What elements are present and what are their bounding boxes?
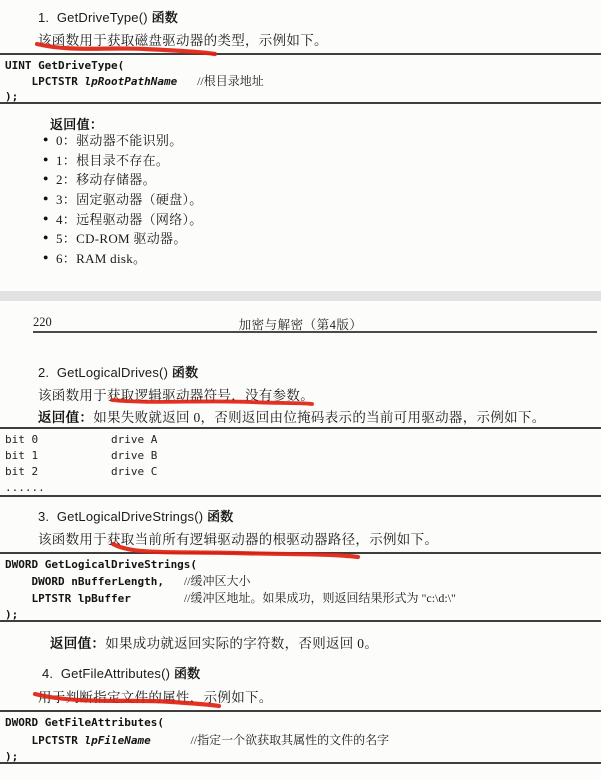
code-comment: //缓冲区地址。如果成功，则返回结果形式为 "c:\d:\": [184, 591, 456, 605]
intro-paragraph-getlogicaldrivestrings: 该函数用于获取当前所有逻辑驱动器的根驱动器路径，示例如下。: [38, 528, 438, 548]
list-item: ●1：根目录不存在。: [43, 150, 203, 170]
heading-text: 1. GetDriveType(): [38, 10, 152, 25]
code-line: ......: [5, 480, 601, 496]
code-line: LPCTSTR lpFileName //指定一个欲获取其属性的文件的名字: [5, 732, 601, 750]
bullet-icon: ●: [43, 194, 56, 203]
code-line: );: [5, 749, 601, 766]
code-line: LPCTSTR lpRootPathName //根目录地址: [5, 74, 601, 90]
list-item: ●4：远程驱动器（网络）。: [43, 208, 203, 228]
bullet-icon: ●: [43, 233, 56, 242]
header-rule: [33, 331, 597, 333]
page-divider: [0, 291, 601, 301]
code-param: lpRootPathName: [84, 75, 177, 88]
bullet-icon: ●: [43, 214, 56, 223]
list-item: ●5：CD-ROM 驱动器。: [43, 228, 203, 248]
bullet-icon: ●: [43, 155, 56, 164]
section-heading-getfileattributes: 4. GetFileAttributes() 函数: [42, 663, 200, 682]
code-block-bitmask: bit 0 drive A bit 1 drive B bit 2 drive …: [0, 427, 601, 497]
return-value-list: ●0：驱动器不能识别。 ●1：根目录不存在。 ●2：移动存储器。 ●3：固定驱动…: [43, 130, 203, 267]
code-line: DWORD GetFileAttributes(: [5, 715, 601, 732]
return-value-label: 返回值：: [50, 636, 105, 651]
heading-text: 3. GetLogicalDriveStrings(): [38, 509, 207, 524]
heading-text: 2. GetLogicalDrives(): [38, 365, 172, 380]
code-line: );: [5, 89, 601, 105]
scanned-book-page: 1. GetDriveType() 函数 该函数用于获取磁盘驱动器的类型，示例如…: [0, 0, 601, 780]
list-item: ●2：移动存储器。: [43, 169, 203, 189]
code-comment: //指定一个欲获取其属性的文件的名字: [190, 733, 389, 747]
intro-paragraph-getdrivetype: 该函数用于获取磁盘驱动器的类型，示例如下。: [38, 29, 328, 49]
return-value-line: 返回值：如果失败就返回 0，否则返回由位掩码表示的当前可用驱动器，示例如下。: [38, 406, 546, 426]
code-line: bit 2 drive C: [5, 464, 601, 480]
code-line: bit 0 drive A: [5, 432, 601, 448]
intro-paragraph-getfileattributes: 用于判断指定文件的属性，示例如下。: [38, 686, 273, 706]
section-heading-getlogicaldrives: 2. GetLogicalDrives() 函数: [38, 362, 198, 381]
heading-suffix: 函数: [172, 365, 198, 380]
intro-paragraph-getlogicaldrives: 该函数用于获取逻辑驱动器符号，没有参数。: [38, 384, 314, 404]
code-line: UINT GetDriveType(: [5, 58, 601, 74]
code-block-getlogicaldrivestrings: DWORD GetLogicalDriveStrings( DWORD nBuf…: [0, 552, 601, 622]
return-value-line: 返回值：如果成功就返回实际的字符数，否则返回 0。: [50, 632, 378, 652]
code-comment: //根目录地址: [197, 74, 264, 88]
code-block-getdrivetype: UINT GetDriveType( LPCTSTR lpRootPathNam…: [0, 53, 601, 104]
code-line: DWORD GetLogicalDriveStrings(: [5, 557, 601, 573]
bullet-icon: ●: [43, 253, 56, 262]
bullet-icon: ●: [43, 174, 56, 183]
heading-suffix: 函数: [207, 509, 233, 524]
list-item: ●0：驱动器不能识别。: [43, 130, 203, 150]
heading-suffix: 函数: [152, 10, 178, 25]
return-value-label: 返回值：: [38, 410, 93, 425]
code-line: DWORD nBufferLength, //缓冲区大小: [5, 573, 601, 590]
code-line: bit 1 drive B: [5, 448, 601, 464]
code-line: );: [5, 607, 601, 623]
section-heading-getdrivetype: 1. GetDriveType() 函数: [38, 7, 178, 26]
heading-suffix: 函数: [174, 666, 200, 681]
section-heading-getlogicaldrivestrings: 3. GetLogicalDriveStrings() 函数: [38, 506, 234, 525]
bullet-icon: ●: [43, 135, 56, 144]
code-param: lpFileName: [84, 734, 150, 747]
heading-text: 4. GetFileAttributes(): [42, 666, 174, 681]
list-item: ●3：固定驱动器（硬盘）。: [43, 189, 203, 209]
list-item: ●6：RAM disk。: [43, 248, 203, 268]
code-block-getfileattributes: DWORD GetFileAttributes( LPCTSTR lpFileN…: [0, 710, 601, 764]
code-comment: //缓冲区大小: [184, 574, 251, 588]
code-line: LPTSTR lpBuffer //缓冲区地址。如果成功，则返回结果形式为 "c…: [5, 590, 601, 607]
